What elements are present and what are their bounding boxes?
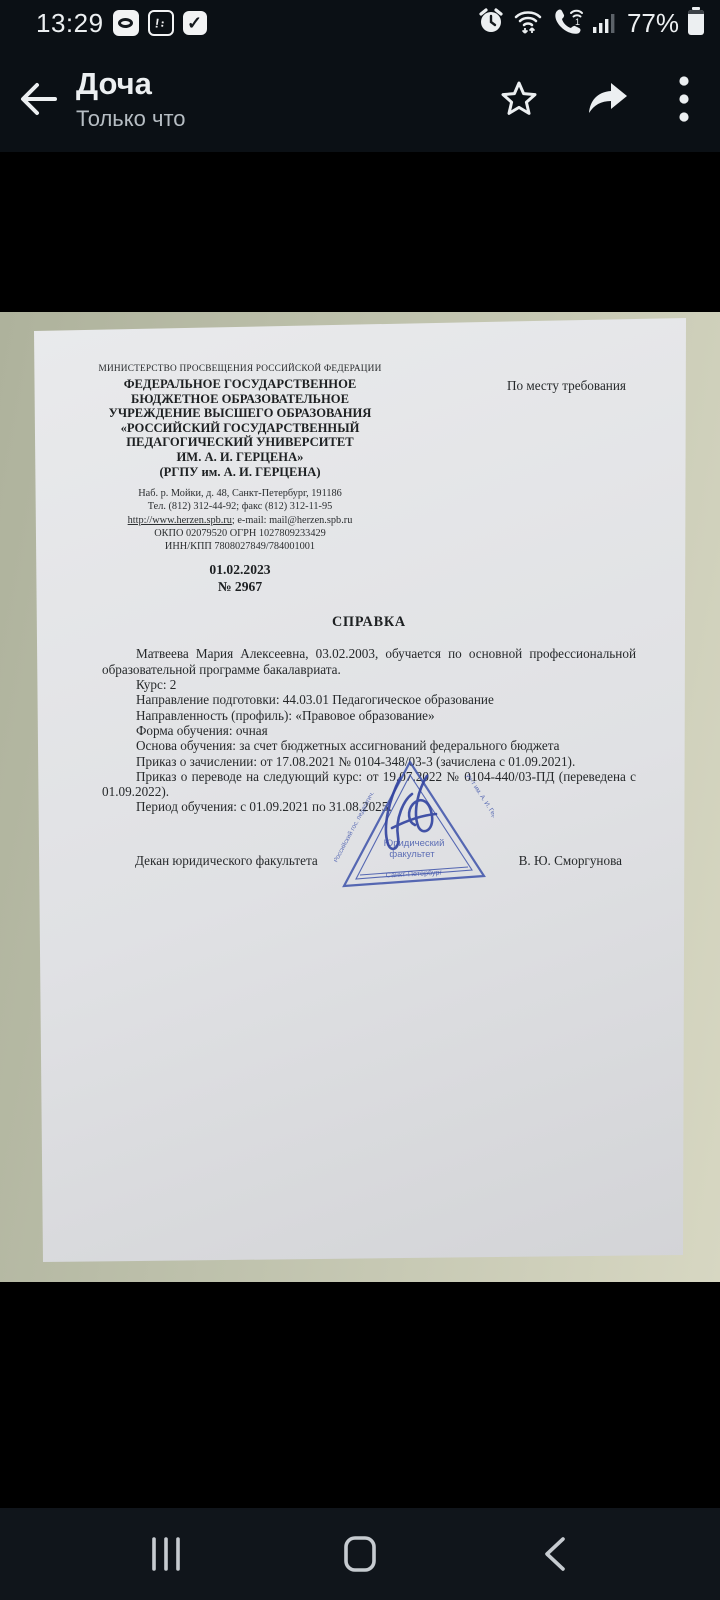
- phone-screen: 13:29 !꞉ ✓: [0, 0, 720, 1600]
- android-nav-bar: [0, 1508, 720, 1600]
- status-bar: 13:29 !꞉ ✓: [0, 0, 720, 46]
- org-line: ИМ. А. И. ГЕРЦЕНА»: [84, 450, 396, 465]
- nav-back-icon: [541, 1535, 567, 1573]
- battery-icon: [686, 5, 706, 42]
- document-title: СПРАВКА: [102, 615, 636, 630]
- org-line: ПЕДАГОГИЧЕСКИЙ УНИВЕРСИТЕТ: [84, 435, 396, 450]
- app-header: Доча Только что: [0, 46, 720, 152]
- signal-bars-icon: [592, 7, 618, 40]
- alarm-icon: [477, 7, 505, 40]
- org-line: «РОССИЙСКИЙ ГОСУДАРСТВЕННЫЙ: [84, 421, 396, 436]
- stamp-center-text-1: Юридический: [384, 838, 445, 849]
- signature-role: Декан юридического факультета: [135, 853, 318, 868]
- chat-title-block[interactable]: Доча Только что: [76, 66, 186, 132]
- org-line: ФЕДЕРАЛЬНОЕ ГОСУДАРСТВЕННОЕ: [84, 377, 396, 392]
- contact-address: Наб. р. Мойки, д. 48, Санкт-Петербург, 1…: [84, 487, 396, 500]
- contact-okpo: ОКПО 02079520 ОГРН 1027809233429: [84, 527, 396, 540]
- notification-alert-icon: !꞉: [148, 10, 174, 36]
- document-paragraph: Матвеева Мария Алексеевна, 03.02.2003, о…: [102, 646, 636, 677]
- share-icon: [585, 79, 629, 119]
- org-line: (РГПУ им. А. И. ГЕРЦЕНА): [84, 465, 396, 480]
- stamp-and-signature: Российский гос. педагогич. ун-т им. А. И…: [334, 754, 494, 900]
- detail-line: Основа обучения: за счет бюджетных ассиг…: [102, 738, 636, 753]
- document-number: № 2967: [84, 578, 396, 595]
- star-icon: [499, 79, 539, 119]
- kebab-menu-icon: [678, 74, 690, 124]
- stamp-center-text-2: факультет: [389, 849, 435, 860]
- contact-phone: Тел. (812) 312-44-92; факс (812) 312-11-…: [84, 500, 396, 513]
- document-paper: МИНИСТЕРСТВО ПРОСВЕЩЕНИЯ РОССИЙСКОЙ ФЕДЕ…: [34, 318, 686, 1262]
- website-link: http://www.herzen.spb.ru: [128, 515, 232, 526]
- document-photo[interactable]: МИНИСТЕРСТВО ПРОСВЕЩЕНИЯ РОССИЙСКОЙ ФЕДЕ…: [0, 312, 720, 1282]
- recipient-line: По месту требования: [507, 378, 626, 394]
- notification-oval-icon: [113, 10, 139, 36]
- detail-line: Курс: 2: [102, 677, 636, 692]
- contact-web-email: http://www.herzen.spb.ru; e-mail: mail@h…: [84, 514, 396, 527]
- stamp-bottom-text: Санкт-Петербург: [385, 868, 442, 880]
- photo-viewer[interactable]: МИНИСТЕРСТВО ПРОСВЕЩЕНИЯ РОССИЙСКОЙ ФЕДЕ…: [0, 152, 720, 1508]
- home-icon: [343, 1535, 377, 1573]
- nav-back-button[interactable]: [518, 1518, 590, 1590]
- clock-time: 13:29: [36, 8, 104, 39]
- notification-check-icon: ✓: [183, 11, 207, 35]
- org-line: БЮДЖЕТНОЕ ОБРАЗОВАТЕЛЬНОЕ: [84, 392, 396, 407]
- recents-button[interactable]: [130, 1518, 202, 1590]
- detail-line: Направление подготовки: 44.03.01 Педагог…: [102, 692, 636, 707]
- detail-line: Направленность (профиль): «Правовое обра…: [102, 708, 636, 723]
- back-arrow-icon: [17, 81, 59, 117]
- detail-line: Форма обучения: очная: [102, 723, 636, 738]
- ministry-line: МИНИСТЕРСТВО ПРОСВЕЩЕНИЯ РОССИЙСКОЙ ФЕДЕ…: [84, 364, 396, 374]
- email-text: ; e-mail: mail@herzen.spb.ru: [232, 515, 352, 526]
- wifi-calling-icon: 1: [551, 7, 585, 40]
- recents-icon: [148, 1536, 184, 1572]
- org-line: УЧРЕЖДЕНИЕ ВЫСШЕГО ОБРАЗОВАНИЯ: [84, 406, 396, 421]
- menu-button[interactable]: [658, 59, 710, 139]
- battery-percent: 77%: [627, 8, 679, 39]
- home-button[interactable]: [324, 1518, 396, 1590]
- share-button[interactable]: [570, 59, 644, 139]
- wifi-icon: [512, 7, 544, 40]
- signature-name: В. Ю. Сморгунова: [519, 853, 622, 868]
- chat-status: Только что: [76, 106, 186, 132]
- contact-inn: ИНН/КПП 7808027849/784001001: [84, 540, 396, 553]
- stamp-right-edge-text: ун-т им. А. И. Герцена: [464, 773, 494, 832]
- svg-text:1: 1: [575, 17, 580, 27]
- document-date: 01.02.2023: [84, 561, 396, 578]
- back-button[interactable]: [0, 46, 76, 152]
- chat-title: Доча: [76, 66, 186, 102]
- contact-block: Наб. р. Мойки, д. 48, Санкт-Петербург, 1…: [84, 487, 396, 553]
- favorite-button[interactable]: [482, 59, 556, 139]
